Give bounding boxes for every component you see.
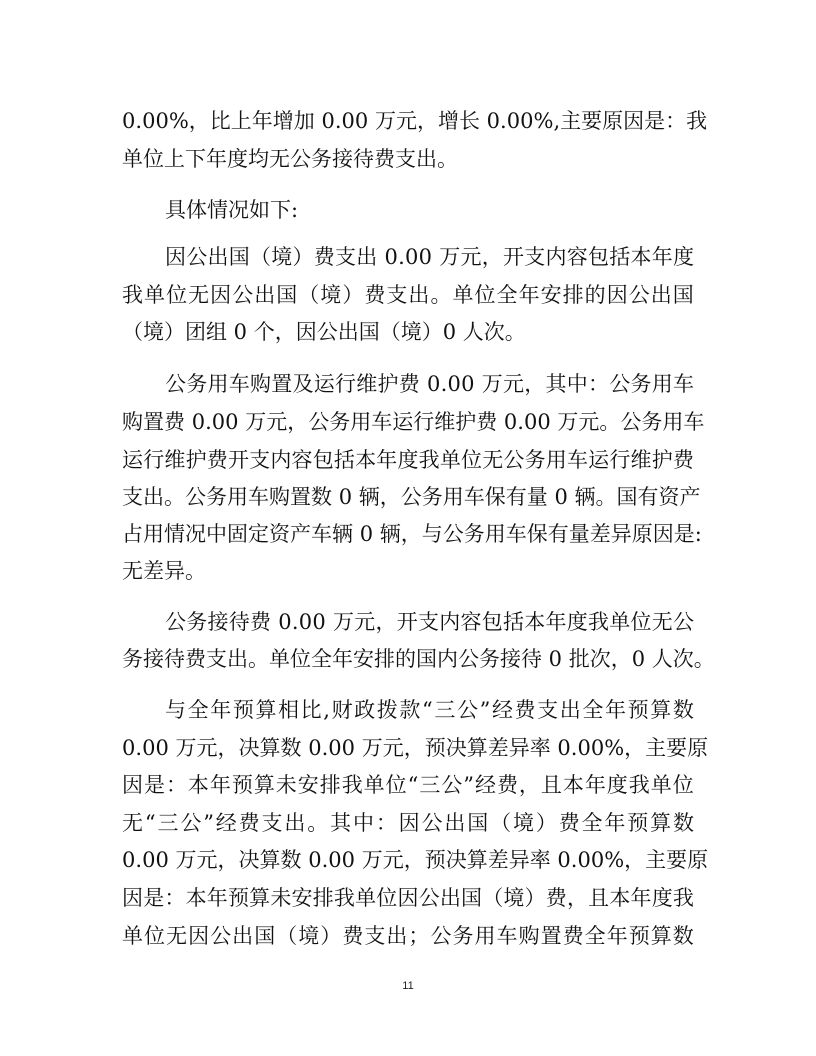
paragraph-6-line-6: 因是：本年预算未安排我单位因公出国（境）费，且本年度我: [122, 883, 694, 913]
paragraph-4-line-1: 公务用车购置及运行维护费 0.00 万元，其中：公务用车: [165, 369, 694, 399]
paragraph-6-line-1: 与全年预算相比,财政拨款“三公”经费支出全年预算数: [165, 695, 694, 725]
paragraph-4-line-6: 无差异。: [122, 556, 694, 586]
paragraph-6-line-7: 单位无因公出国（境）费支出；公务用车购置费全年预算数: [122, 921, 694, 951]
paragraph-3-line-1: 因公出国（境）费支出 0.00 万元，开支内容包括本年度: [165, 242, 694, 272]
paragraph-1-line-2: 单位上下年度均无公务接待费支出。: [122, 144, 694, 174]
paragraph-2-line-1: 具体情况如下:: [165, 195, 694, 225]
paragraph-3-line-3: （境）团组 0 个，因公出国（境）0 人次。: [122, 317, 694, 347]
page-number: 11: [0, 980, 816, 992]
paragraph-4-line-2: 购置费 0.00 万元，公务用车运行维护费 0.00 万元。公务用车: [122, 407, 694, 437]
paragraph-5-line-2: 务接待费支出。单位全年安排的国内公务接待 0 批次，0 人次。: [122, 644, 694, 674]
paragraph-6-line-5: 0.00 万元，决算数 0.00 万元，预决算差异率 0.00%，主要原: [122, 845, 694, 875]
document-page: 0.00%，比上年增加 0.00 万元，增长 0.00%,主要原因是：我 单位上…: [0, 0, 816, 1056]
paragraph-6-line-4: 无“三公”经费支出。其中：因公出国（境）费全年预算数: [122, 808, 694, 838]
paragraph-4-line-3: 运行维护费开支内容包括本年度我单位无公务用车运行维护费: [122, 445, 694, 475]
paragraph-6-line-2: 0.00 万元，决算数 0.00 万元，预决算差异率 0.00%，主要原: [122, 733, 694, 763]
paragraph-4-line-4: 支出。公务用车购置数 0 辆，公务用车保有量 0 辆。国有资产: [122, 482, 694, 512]
paragraph-1-line-1: 0.00%，比上年增加 0.00 万元，增长 0.00%,主要原因是：我: [122, 106, 694, 136]
paragraph-4-line-5: 占用情况中固定资产车辆 0 辆，与公务用车保有量差异原因是:: [122, 519, 694, 549]
paragraph-5-line-1: 公务接待费 0.00 万元，开支内容包括本年度我单位无公: [165, 607, 694, 637]
paragraph-3-line-2: 我单位无因公出国（境）费支出。单位全年安排的因公出国: [122, 280, 694, 310]
paragraph-6-line-3: 因是：本年预算未安排我单位“三公”经费，且本年度我单位: [122, 770, 694, 800]
